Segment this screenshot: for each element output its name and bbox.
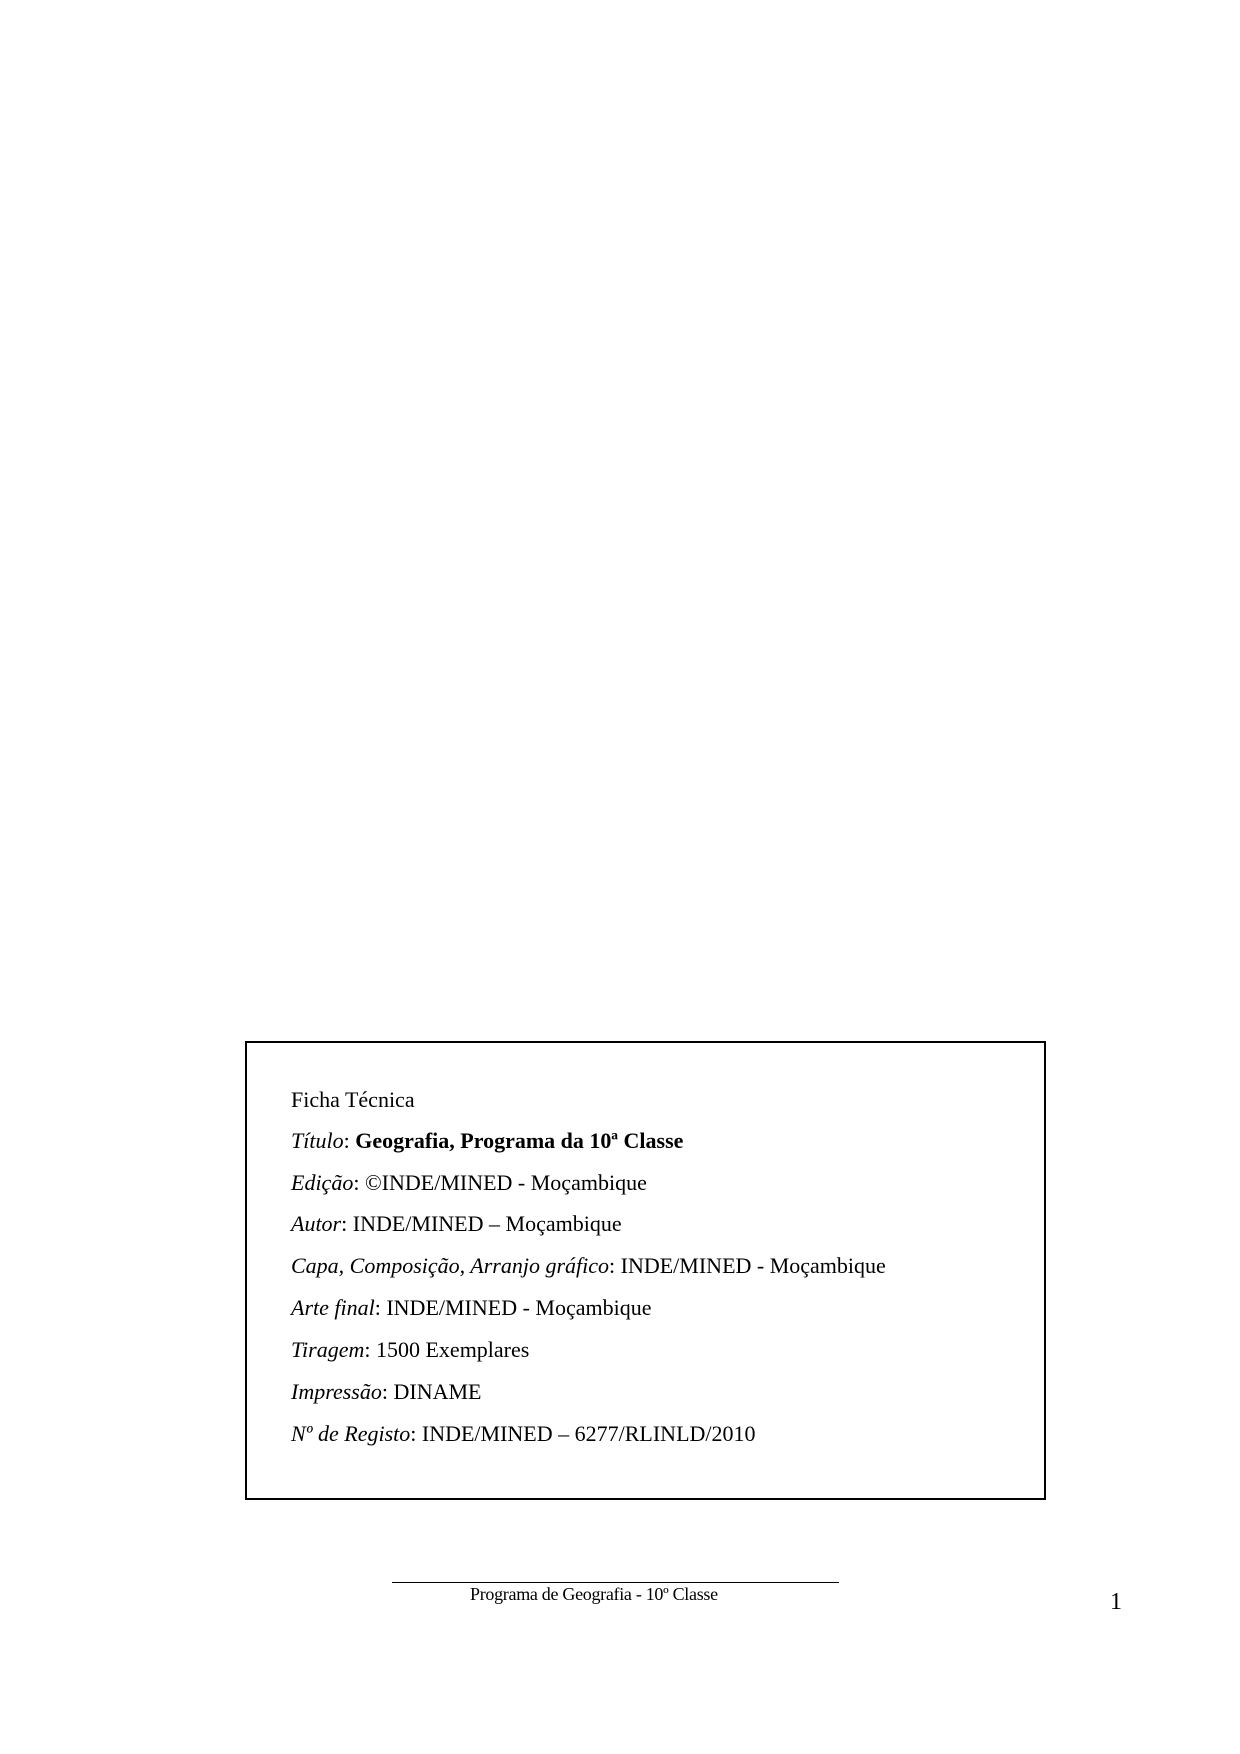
entry-value: INDE/MINED - Moçambique (386, 1295, 651, 1320)
entry-separator: : (410, 1421, 422, 1446)
entry-label: Título (291, 1128, 344, 1153)
entry-tiragem: Tiragem: 1500 Exemplares (291, 1337, 529, 1363)
entry-value: DINAME (393, 1379, 481, 1404)
entry-label: Tiragem (291, 1337, 364, 1362)
entry-separator: : (382, 1379, 394, 1404)
entry-titulo: Título: Geografia, Programa da 10ª Class… (291, 1128, 683, 1154)
entry-capa: Capa, Composição, Arranjo gráfico: INDE/… (291, 1253, 886, 1279)
entry-separator: : (341, 1211, 353, 1236)
ficha-tecnica-heading: Ficha Técnica (291, 1087, 415, 1113)
entry-label: Capa, Composição, Arranjo gráfico (291, 1253, 609, 1278)
entry-autor: Autor: INDE/MINED – Moçambique (291, 1211, 622, 1237)
entry-separator: : (353, 1170, 365, 1195)
entry-label: Nº de Registo (291, 1421, 410, 1446)
entry-label: Arte final (291, 1295, 375, 1320)
entry-value: INDE/MINED – Moçambique (353, 1211, 622, 1236)
page-number: 1 (1110, 1588, 1122, 1616)
entry-registo: Nº de Registo: INDE/MINED – 6277/RLINLD/… (291, 1421, 756, 1447)
entry-impressao: Impressão: DINAME (291, 1379, 481, 1405)
entry-value: INDE/MINED - Moçambique (621, 1253, 886, 1278)
entry-separator: : (375, 1295, 387, 1320)
entry-value: ©INDE/MINED - Moçambique (365, 1170, 647, 1195)
entry-separator: : (609, 1253, 621, 1278)
entry-edicao: Edição: ©INDE/MINED - Moçambique (291, 1170, 647, 1196)
footer-title: Programa de Geografia - 10º Classe (470, 1583, 718, 1605)
entry-value: Geografia, Programa da 10ª Classe (355, 1128, 683, 1153)
entry-label: Edição (291, 1170, 353, 1195)
entry-separator: : (344, 1128, 356, 1153)
entry-value: 1500 Exemplares (376, 1337, 529, 1362)
entry-separator: : (364, 1337, 376, 1362)
entry-label: Autor (291, 1211, 341, 1236)
entry-label: Impressão (291, 1379, 382, 1404)
entry-arte-final: Arte final: INDE/MINED - Moçambique (291, 1295, 652, 1321)
entry-value: INDE/MINED – 6277/RLINLD/2010 (422, 1421, 756, 1446)
